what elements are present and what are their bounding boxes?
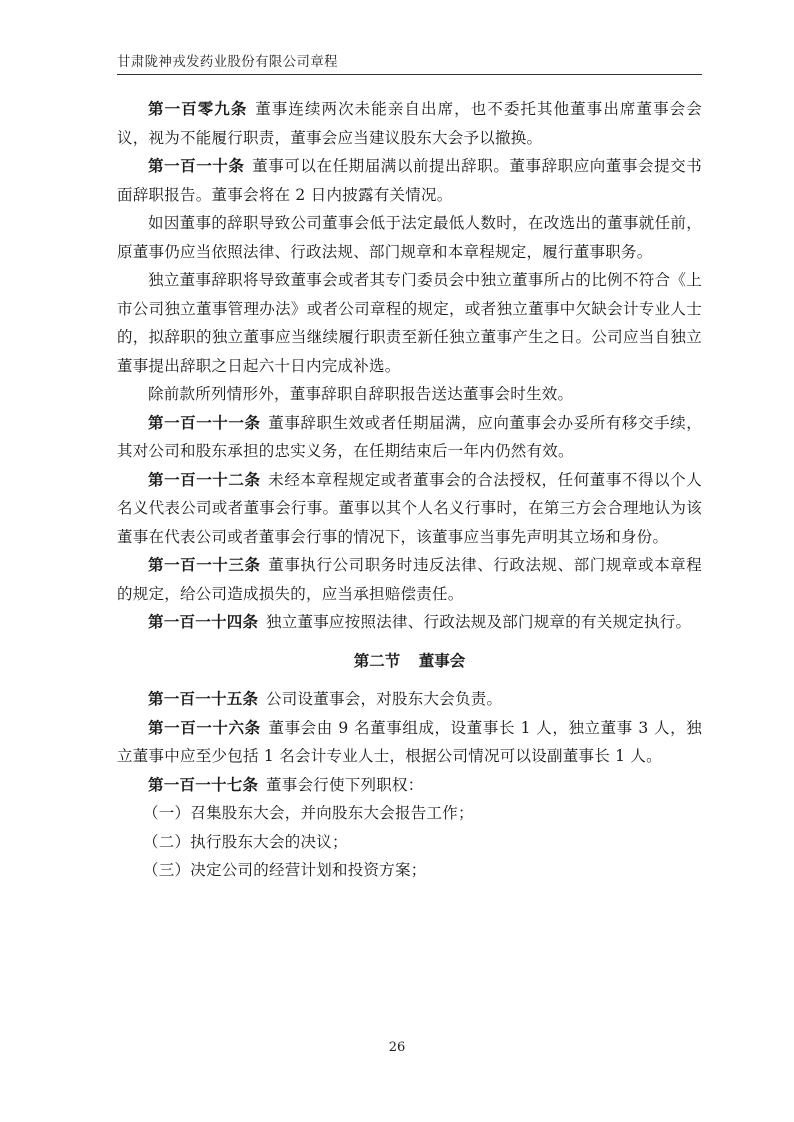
article-text: 董事会行使下列职权： bbox=[266, 776, 424, 794]
section-title: 董事会 bbox=[419, 652, 466, 670]
article-116: 第一百一十六条董事会由 9 名董事组成，设董事长 1 人，独立董事 3 人，独立… bbox=[117, 714, 702, 771]
article-number: 第一百一十一条 bbox=[148, 414, 261, 432]
article-113: 第一百一十三条董事执行公司职务时违反法律、行政法规、部门规章或本章程的规定，给公… bbox=[117, 551, 702, 608]
article-number: 第一百一十四条 bbox=[148, 613, 258, 631]
power-item-3: （三）决定公司的经营计划和投资方案； bbox=[117, 856, 702, 885]
article-114: 第一百一十四条独立董事应按照法律、行政法规及部门规章的有关规定执行。 bbox=[117, 608, 702, 637]
article-text: 独立董事应按照法律、行政法规及部门规章的有关规定执行。 bbox=[266, 613, 691, 631]
article-number: 第一百零九条 bbox=[148, 100, 247, 118]
article-text: 公司设董事会，对股东大会负责。 bbox=[266, 690, 502, 708]
power-item-1: （一）召集股东大会，并向股东大会报告工作； bbox=[117, 799, 702, 828]
article-number: 第一百一十五条 bbox=[148, 690, 258, 708]
article-109: 第一百零九条董事连续两次未能亲自出席，也不委托其他董事出席董事会会议，视为不能履… bbox=[117, 95, 702, 152]
article-110-paragraph-4: 除前款所列情形外，董事辞职自辞职报告送达董事会时生效。 bbox=[117, 380, 702, 409]
document-body: 第一百零九条董事连续两次未能亲自出席，也不委托其他董事出席董事会会议，视为不能履… bbox=[117, 95, 702, 885]
article-number: 第一百一十六条 bbox=[148, 719, 261, 737]
article-110-paragraph-3: 独立董事辞职将导致董事会或者其专门委员会中独立董事所占的比例不符合《上市公司独立… bbox=[117, 266, 702, 380]
section-heading: 第二节董事会 bbox=[117, 647, 702, 676]
article-number: 第一百一十二条 bbox=[148, 471, 261, 489]
article-number: 第一百一十三条 bbox=[148, 556, 261, 574]
article-number: 第一百一十七条 bbox=[148, 776, 258, 794]
document-title: 甘肃陇神戎发药业股份有限公司章程 bbox=[117, 50, 338, 70]
section-number: 第二节 bbox=[354, 652, 401, 670]
article-115: 第一百一十五条公司设董事会，对股东大会负责。 bbox=[117, 685, 702, 714]
article-111: 第一百一十一条董事辞职生效或者任期届满，应向董事会办妥所有移交手续，其对公司和股… bbox=[117, 409, 702, 466]
article-110: 第一百一十条董事可以在任期届满以前提出辞职。董事辞职应向董事会提交书面辞职报告。… bbox=[117, 152, 702, 209]
page-number: 26 bbox=[0, 1040, 794, 1055]
power-item-2: （二）执行股东大会的决议； bbox=[117, 828, 702, 857]
article-112: 第一百一十二条未经本章程规定或者董事会的合法授权，任何董事不得以个人名义代表公司… bbox=[117, 466, 702, 552]
page-header: 甘肃陇神戎发药业股份有限公司章程 bbox=[117, 50, 702, 75]
article-117: 第一百一十七条董事会行使下列职权： bbox=[117, 771, 702, 800]
article-number: 第一百一十条 bbox=[148, 157, 244, 175]
article-110-paragraph-2: 如因董事的辞职导致公司董事会低于法定最低人数时，在改选出的董事就任前，原董事仍应… bbox=[117, 209, 702, 266]
